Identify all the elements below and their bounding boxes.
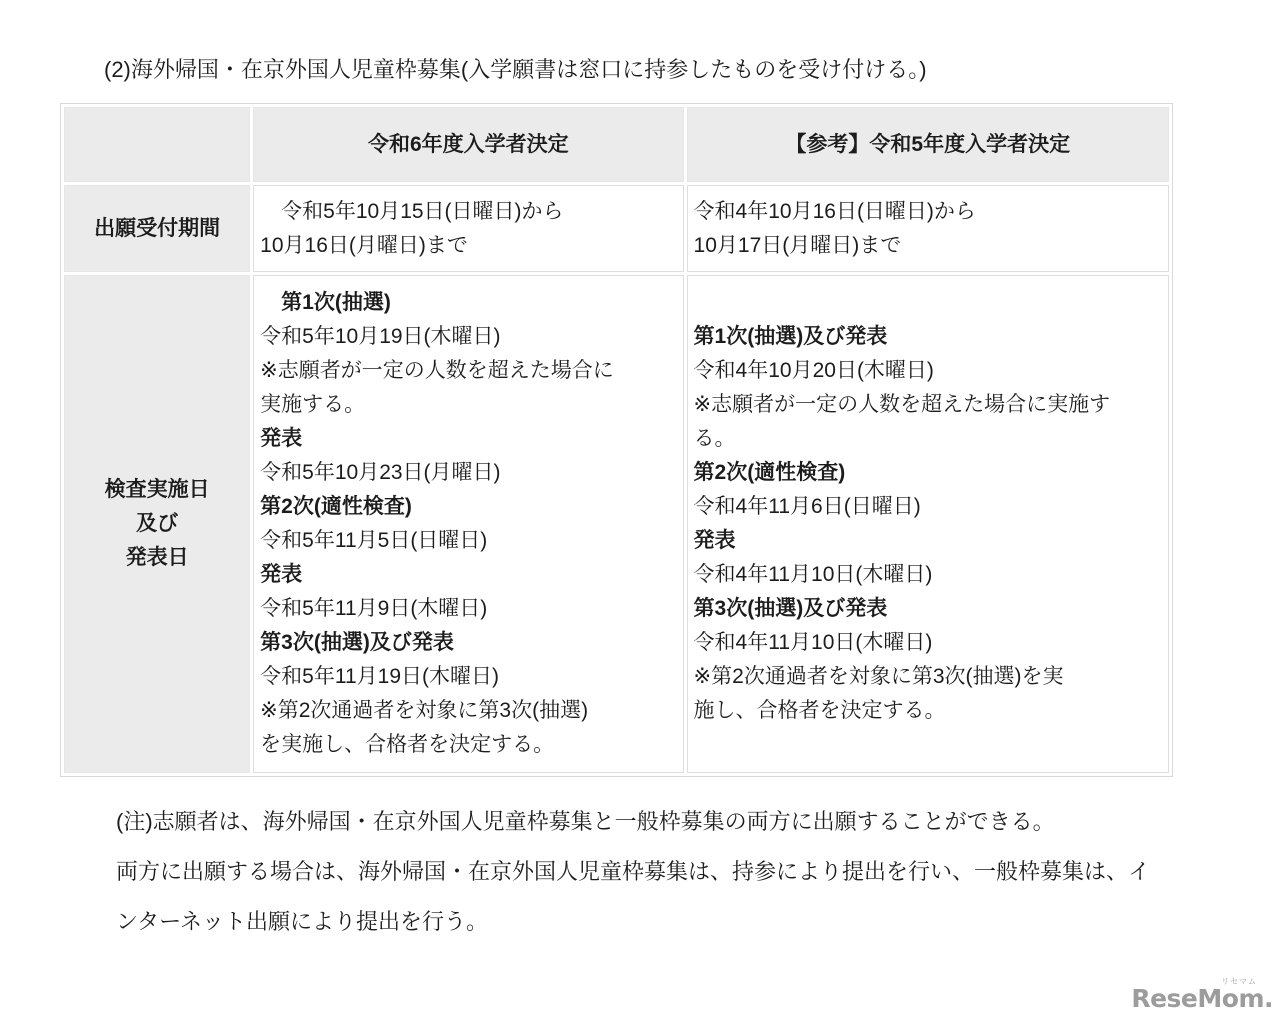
table-row-exam-dates: 検査実施日及び発表日 第1次(抽選)令和5年10月19日(木曜日)※志願者が一定… xyxy=(64,275,1169,773)
text-line: ※第2次通過者を対象に第3次(抽選) xyxy=(260,694,674,728)
text-line: 第3次(抽選)及び発表 xyxy=(260,626,674,660)
text-line: 令和5年10月15日(日曜日)から xyxy=(260,195,674,229)
page-title: (2)海外帰国・在京外国人児童枠募集(入学願書は窓口に持参したものを受け付ける。… xyxy=(104,55,927,85)
text-line: 令和4年11月6日(日曜日) xyxy=(694,490,1160,524)
table-row-application-period: 出願受付期間 令和5年10月15日(日曜日)から10月16日(月曜日)まで 令和… xyxy=(64,185,1169,272)
text-line: 令和4年10月16日(日曜日)から xyxy=(694,195,1160,229)
text-line: 第2次(適性検査) xyxy=(694,456,1160,490)
text-line: ンターネット出願により提出を行う。 xyxy=(116,897,1226,947)
text-line: 実施する。 xyxy=(260,388,674,422)
text-line: 及び xyxy=(65,507,249,541)
col-header-reiwa6: 令和6年度入学者決定 xyxy=(253,107,683,182)
cell-reiwa5-exam-dates: 第1次(抽選)及び発表令和4年10月20日(木曜日)※志願者が一定の人数を超えた… xyxy=(687,275,1169,773)
text-line: 令和5年11月9日(木曜日) xyxy=(260,592,674,626)
text-line: 第3次(抽選)及び発表 xyxy=(694,592,1160,626)
cell-reiwa6-exam-dates: 第1次(抽選)令和5年10月19日(木曜日)※志願者が一定の人数を超えた場合に実… xyxy=(253,275,683,773)
text-line: 令和4年10月20日(木曜日) xyxy=(694,354,1160,388)
text-line: 第2次(適性検査) xyxy=(260,490,674,524)
text-line: 発表 xyxy=(260,422,674,456)
text-line: 令和4年11月10日(木曜日) xyxy=(694,558,1160,592)
text-line: 発表日 xyxy=(65,541,249,575)
text-line: を実施し、合格者を決定する。 xyxy=(260,728,674,762)
text-line: 施し、合格者を決定する。 xyxy=(694,694,1160,728)
text-line: 両方に出願する場合は、海外帰国・在京外国人児童枠募集は、持参により提出を行い、一… xyxy=(116,847,1226,897)
text-line: 検査実施日 xyxy=(65,473,249,507)
text-line: 令和5年10月19日(木曜日) xyxy=(260,320,674,354)
table-header-row: 令和6年度入学者決定 【参考】令和5年度入学者決定 xyxy=(64,107,1169,182)
text-line: 令和5年10月23日(月曜日) xyxy=(260,456,674,490)
notes: (注)志願者は、海外帰国・在京外国人児童枠募集と一般枠募集の両方に出願することが… xyxy=(116,797,1226,947)
resemom-logo: リセマム ReseMom. xyxy=(1131,986,1273,1011)
text-line: 10月16日(月曜日)まで xyxy=(260,229,674,263)
cell-reiwa5-application-period: 令和4年10月16日(日曜日)から10月17日(月曜日)まで xyxy=(687,185,1169,272)
col-header-reiwa5: 【参考】令和5年度入学者決定 xyxy=(687,107,1169,182)
text-line: 第1次(抽選)及び発表 xyxy=(694,320,1160,354)
text-line: 発表 xyxy=(694,524,1160,558)
admission-schedule-table: 令和6年度入学者決定 【参考】令和5年度入学者決定 出願受付期間 令和5年10月… xyxy=(60,103,1173,777)
text-line: 第1次(抽選) xyxy=(260,286,674,320)
corner-cell xyxy=(64,107,250,182)
row-label-exam-dates: 検査実施日及び発表日 xyxy=(64,275,250,773)
logo-text: ReseMom. xyxy=(1131,984,1273,1013)
text-line: る。 xyxy=(694,422,1160,456)
text-line: 令和5年11月19日(木曜日) xyxy=(260,660,674,694)
text-line: 令和4年11月10日(木曜日) xyxy=(694,626,1160,660)
text-line: ※志願者が一定の人数を超えた場合に xyxy=(260,354,674,388)
text-line: 発表 xyxy=(260,558,674,592)
logo-ruby-text: リセマム xyxy=(1221,978,1257,986)
text-line: ※第2次通過者を対象に第3次(抽選)を実 xyxy=(694,660,1160,694)
text-line: 令和5年11月5日(日曜日) xyxy=(260,524,674,558)
row-label-application-period: 出願受付期間 xyxy=(64,185,250,272)
text-line: ※志願者が一定の人数を超えた場合に実施す xyxy=(694,388,1160,422)
cell-reiwa6-application-period: 令和5年10月15日(日曜日)から10月16日(月曜日)まで xyxy=(253,185,683,272)
text-line: 10月17日(月曜日)まで xyxy=(694,229,1160,263)
text-line: (注)志願者は、海外帰国・在京外国人児童枠募集と一般枠募集の両方に出願することが… xyxy=(116,797,1226,847)
